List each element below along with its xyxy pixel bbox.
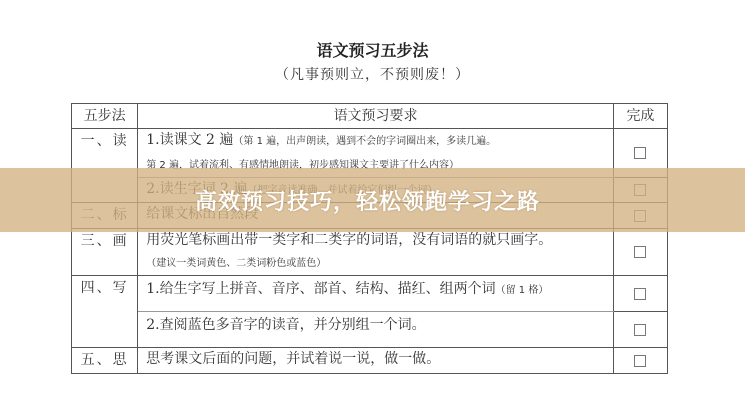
requirement-text: 用荧光笔标画出带一类字和二类字的词语，没有词语的就只画字。 — [146, 232, 552, 248]
table-row: 2.查阅蓝色多音字的读音，并分别组一个词。 — [72, 312, 668, 348]
done-cell[interactable] — [613, 348, 667, 374]
requirement-line: 用荧光笔标画出带一类字和二类字的词语，没有词语的就只画字。 — [138, 229, 613, 251]
requirement-note: （第 1 遍，出声朗读，遇到不会的字词圈出来，多读几遍。 — [233, 136, 496, 147]
document-title: 语文预习五步法 — [0, 38, 745, 61]
header-done: 完成 — [613, 104, 667, 129]
done-checkbox[interactable] — [634, 324, 646, 336]
done-cell[interactable] — [613, 276, 667, 312]
requirement-line: 1.给生字写上拼音、音序、部首、结构、描红、组两个词（留 1 格） — [138, 276, 613, 304]
done-checkbox[interactable] — [634, 147, 646, 159]
done-cell[interactable] — [613, 312, 667, 348]
step-highlight: 三、画 — [72, 229, 138, 276]
requirement-line: 思考课文后面的问题，并试着说一说，做一做。 — [138, 348, 613, 370]
requirement-text: 思考课文后面的问题，并试着说一说，做一做。 — [146, 351, 440, 367]
header-requirements: 语文预习要求 — [138, 104, 614, 129]
banner-title: 高效预习技巧，轻松领跑学习之路 — [195, 185, 540, 216]
document-subtitle: （凡事预则立，不预则废！） — [0, 64, 745, 84]
step-think: 五、思 — [72, 348, 138, 374]
requirement-text: 1.给生字写上拼音、音序、部首、结构、描红、组两个词 — [146, 281, 495, 297]
requirement-line: 1.读课文 2 遍（第 1 遍，出声朗读，遇到不会的字词圈出来，多读几遍。 — [138, 129, 613, 153]
title-banner: 高效预习技巧，轻松领跑学习之路 — [0, 168, 745, 232]
table-row: 三、画 用荧光笔标画出带一类字和二类字的词语，没有词语的就只画字。 （建议一类词… — [72, 229, 668, 276]
table-row: 四、写 1.给生字写上拼音、音序、部首、结构、描红、组两个词（留 1 格） — [72, 276, 668, 312]
requirement-cell: 用荧光笔标画出带一类字和二类字的词语，没有词语的就只画字。 （建议一类词黄色、二… — [138, 229, 614, 276]
step-label: 五、思 — [72, 348, 137, 372]
requirement-text: 1.读课文 2 遍 — [146, 132, 233, 148]
done-checkbox[interactable] — [634, 355, 646, 367]
header-steps: 五步法 — [72, 104, 138, 129]
step-label: 三、画 — [72, 229, 137, 253]
requirement-text: 2.查阅蓝色多音字的读音，并分别组一个词。 — [146, 317, 425, 333]
done-cell[interactable] — [613, 229, 667, 276]
step-label: 四、写 — [72, 276, 137, 300]
requirement-line: 2.查阅蓝色多音字的读音，并分别组一个词。 — [138, 312, 613, 338]
step-label: 一、读 — [72, 129, 137, 153]
requirement-line: （建议一类词黄色、二类词粉色或蓝色） — [138, 251, 613, 275]
requirement-cell: 2.查阅蓝色多音字的读音，并分别组一个词。 — [138, 312, 614, 348]
step-write: 四、写 — [72, 276, 138, 348]
table-header-row: 五步法 语文预习要求 完成 — [72, 104, 668, 129]
done-checkbox[interactable] — [634, 246, 646, 258]
requirement-cell: 1.给生字写上拼音、音序、部首、结构、描红、组两个词（留 1 格） — [138, 276, 614, 312]
table-row: 五、思 思考课文后面的问题，并试着说一说，做一做。 — [72, 348, 668, 374]
done-checkbox[interactable] — [634, 288, 646, 300]
requirement-cell: 思考课文后面的问题，并试着说一说，做一做。 — [138, 348, 614, 374]
requirement-note: （留 1 格） — [496, 285, 549, 296]
requirement-note: （建议一类词黄色、二类词粉色或蓝色） — [146, 258, 326, 269]
preview-steps-table: 五步法 语文预习要求 完成 一、读 1.读课文 2 遍（第 1 遍，出声朗读，遇… — [71, 103, 668, 374]
